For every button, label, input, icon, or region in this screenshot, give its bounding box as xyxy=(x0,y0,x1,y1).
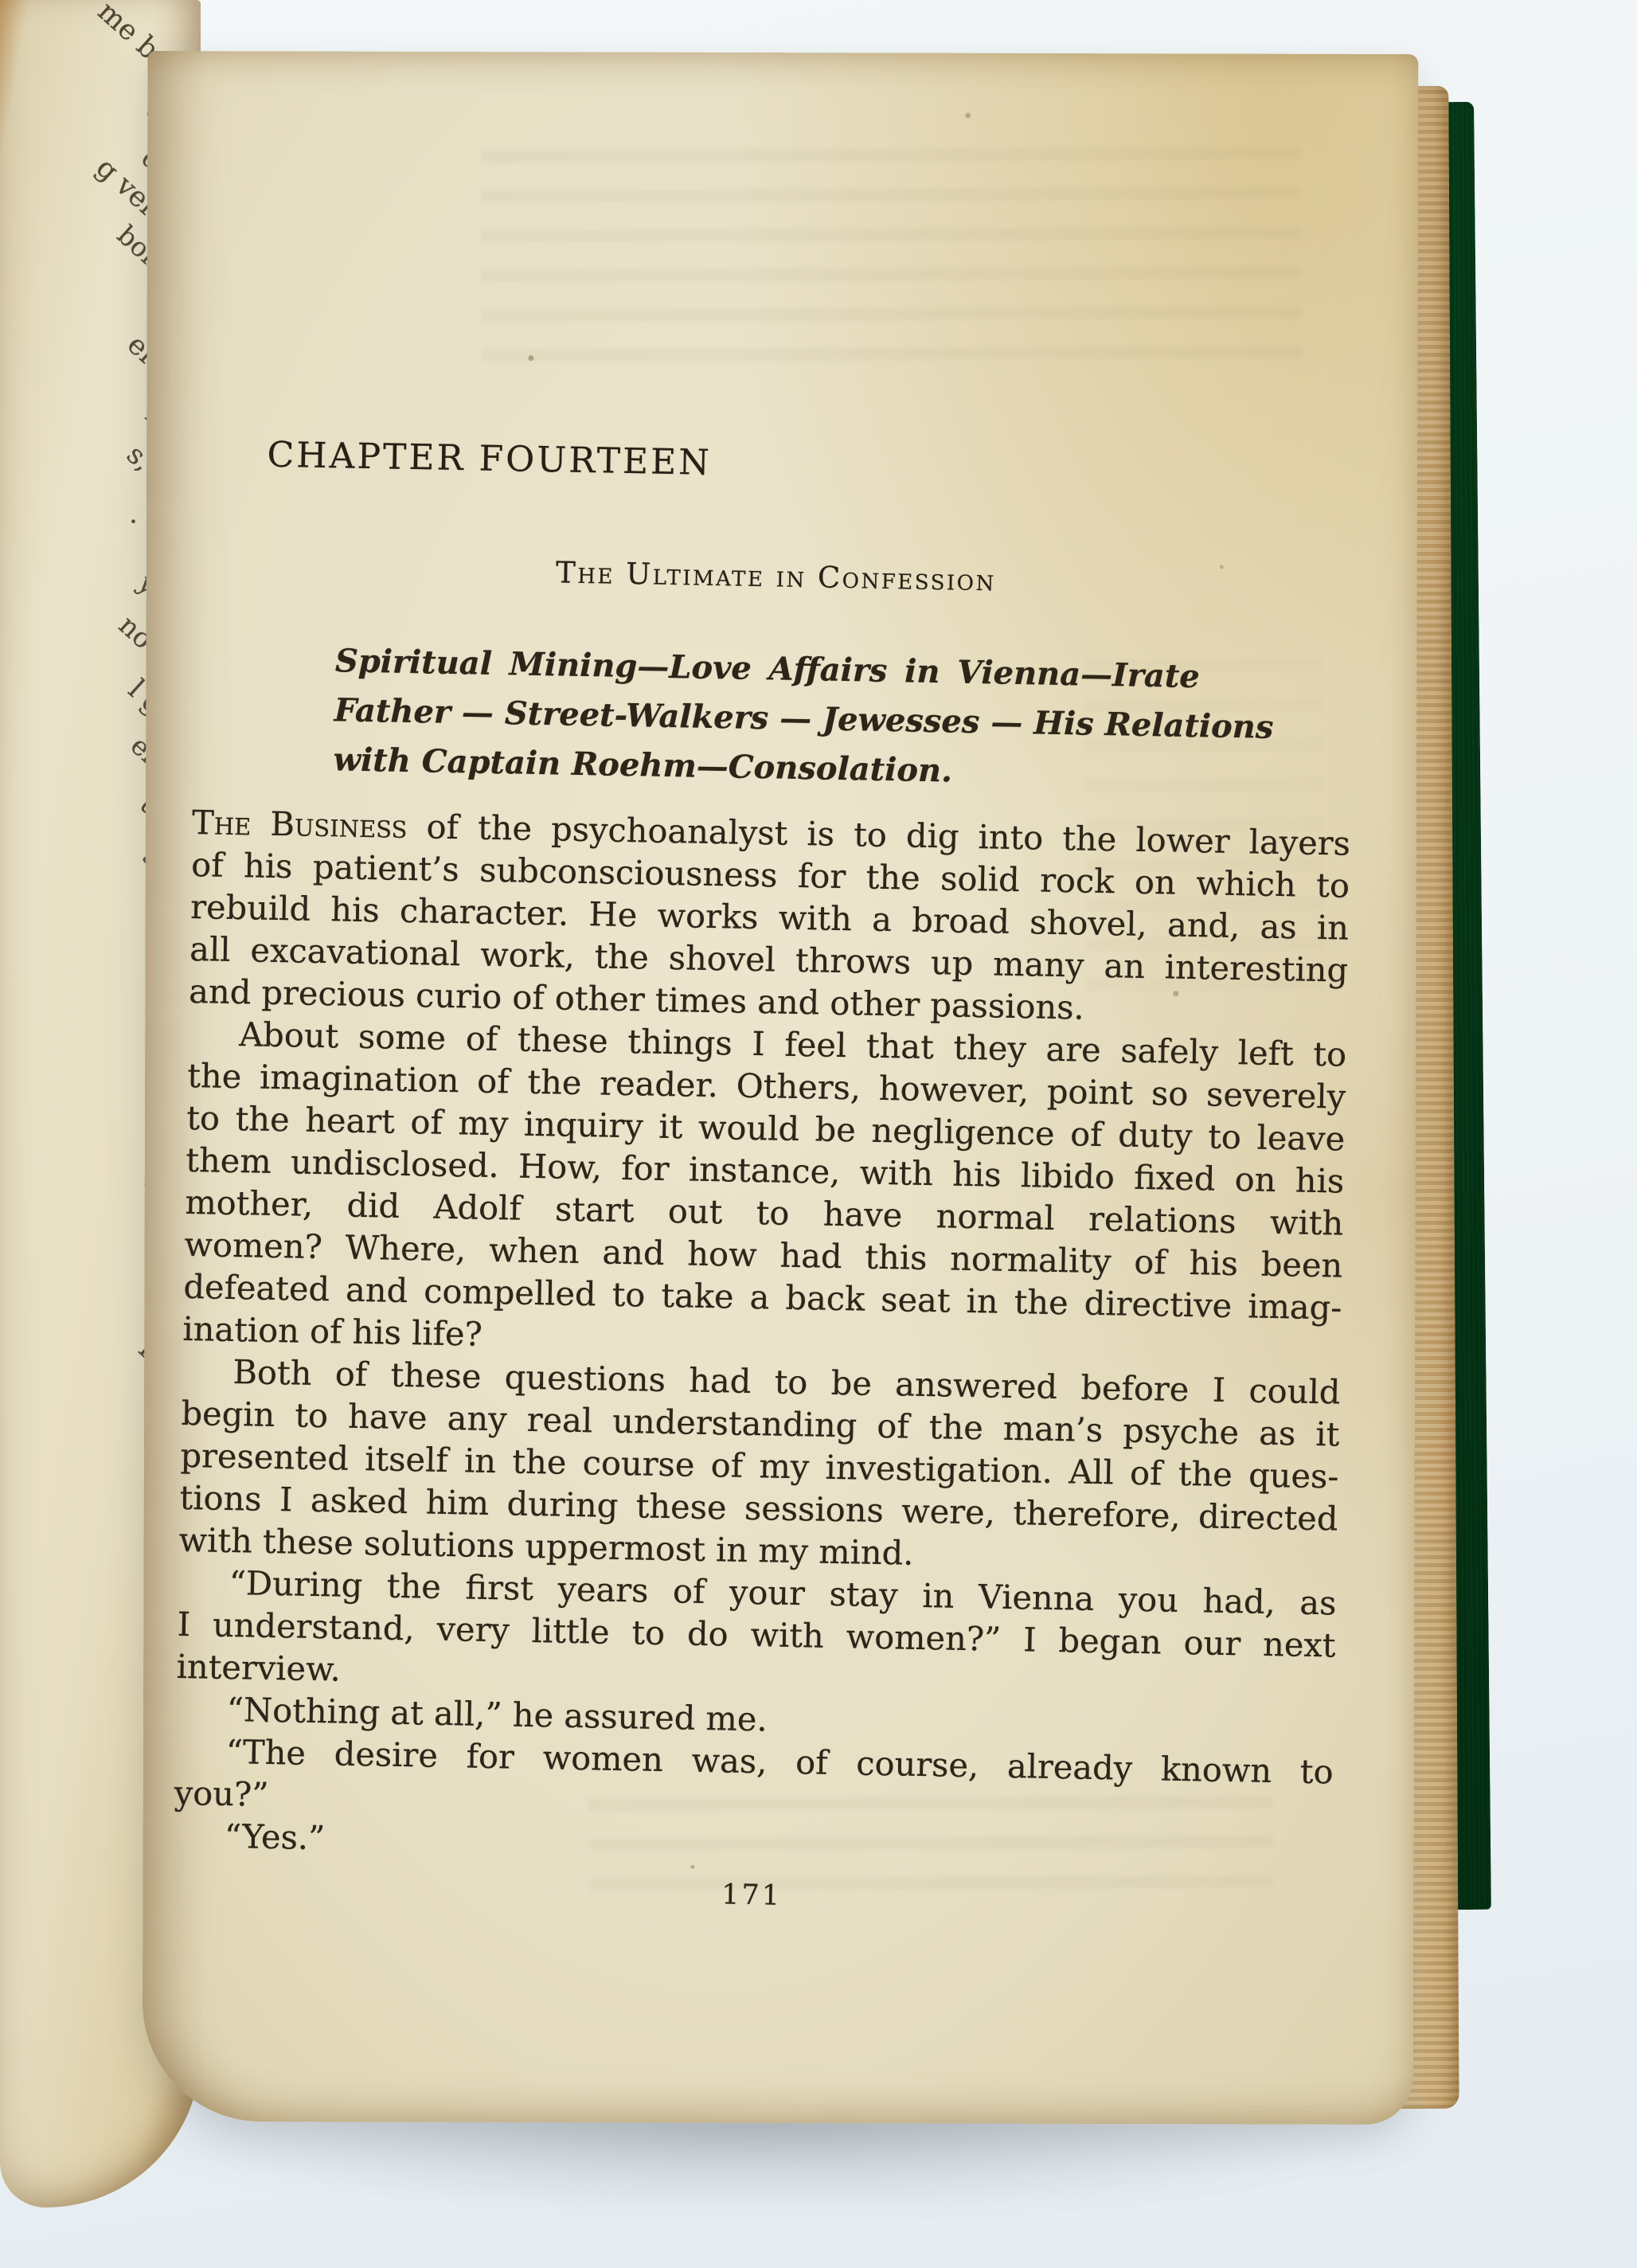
paragraph: Both of these questions had to be answer… xyxy=(178,1350,1341,1582)
paper-specks xyxy=(147,51,151,55)
right-page: CHAPTER FOURTEEN The Ultimate in Confess… xyxy=(143,51,1419,2125)
body-text: The Business of the psychoanalyst is to … xyxy=(173,801,1350,1877)
chapter-summary: Spiritual Mining—Love Affairs in Vienna—… xyxy=(333,636,1200,800)
paragraph: The Business of the psychoanalyst is to … xyxy=(189,801,1351,1034)
book-photo: book tells you whatance.”me back to it s… xyxy=(0,0,1637,2268)
chapter-title: The Ultimate in Confession xyxy=(197,549,1356,604)
paragraph: “During the first years of your stay in … xyxy=(176,1561,1337,1709)
smallcaps-lead: The Business xyxy=(192,803,408,846)
show-through-text xyxy=(481,147,1302,389)
chapter-heading: CHAPTER FOURTEEN xyxy=(267,435,1358,495)
paragraph: About some of these things I feel that t… xyxy=(182,1012,1347,1371)
text-block: CHAPTER FOURTEEN The Ultimate in Confess… xyxy=(172,433,1358,1922)
